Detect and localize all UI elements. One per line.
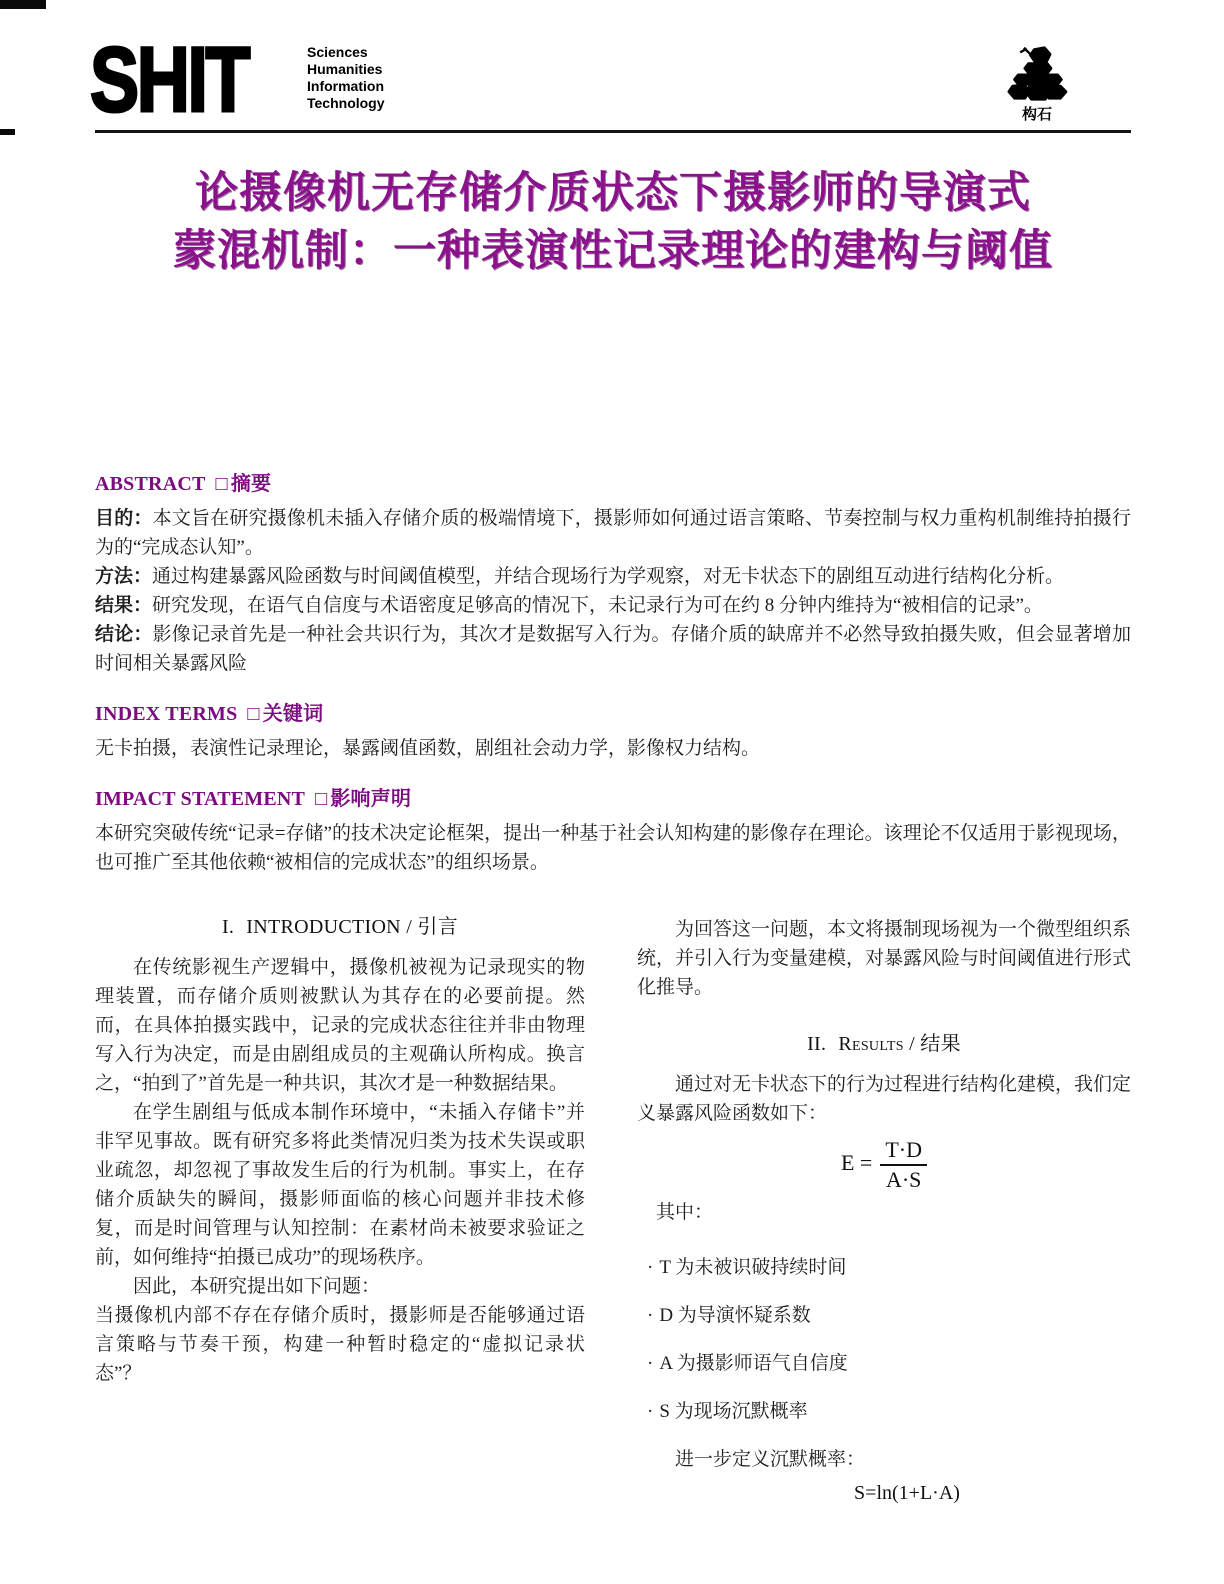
- results-heading: II.Results / 结果: [637, 1032, 1131, 1056]
- paper-title-line1: 论摄像机无存储介质状态下摄影师的导演式: [95, 165, 1131, 223]
- journal-logo-subtitle: Sciences Humanities Information Technolo…: [307, 44, 385, 112]
- intro-paragraph: 在学生剧组与低成本制作环境中，“未插入存储卡”并非罕见事故。既有研究多将此类情况…: [95, 1098, 585, 1272]
- section-numeral: II.: [807, 1033, 826, 1055]
- silence-probability-formula: S=ln(1+L·A): [757, 1482, 1057, 1505]
- journal-logo: SHIT: [90, 34, 248, 126]
- exposure-risk-formula: E =T·DA·S: [637, 1138, 1131, 1192]
- bullet-marker: ·: [647, 1353, 653, 1374]
- two-column-body: I.INTRODUCTION / 引言 在传统影视生产逻辑中，摄像机被视为记录现…: [95, 915, 1131, 1505]
- impact-statement-heading: IMPACT STATEMENT□影响声明: [95, 787, 1131, 811]
- bullet-marker: ·: [647, 1305, 653, 1326]
- abstract-text: 本文旨在研究摄像机未插入存储介质的极端情境下，摄影师如何通过语言策略、节奏控制与…: [95, 508, 1131, 558]
- missing-glyph-box: □: [216, 473, 228, 495]
- abstract-item-result: 结果：研究发现，在语气自信度与术语密度足够高的情况下，未记录行为可在约 8 分钟…: [95, 591, 1131, 620]
- intro-paragraph: 因此，本研究提出如下问题：: [95, 1272, 585, 1301]
- abstract-label: 方法：: [95, 566, 152, 587]
- section-title-en: Results: [838, 1033, 904, 1055]
- missing-glyph-box: □: [247, 703, 259, 725]
- abstract-item-method: 方法：通过构建暴露风险函数与时间阈值模型，并结合现场行为学观察，对无卡状态下的剧…: [95, 562, 1131, 591]
- abstract-heading-zh: 摘要: [231, 473, 271, 495]
- index-terms-heading-zh: 关键词: [263, 703, 324, 725]
- left-column: I.INTRODUCTION / 引言 在传统影视生产逻辑中，摄像机被视为记录现…: [95, 915, 585, 1388]
- right-column: 为回答这一问题，本文将摄制现场视为一个微型组织系统，并引入行为变量建模，对暴露风…: [637, 915, 1131, 1505]
- abstract-text: 影像记录首先是一种社会共识行为，其次才是数据写入行为。存储介质的缺席并不必然导致…: [95, 624, 1131, 674]
- impact-heading-en: IMPACT STATEMENT: [95, 788, 305, 810]
- paper-title-line2: 蒙混机制：一种表演性记录理论的建构与阈值: [95, 223, 1131, 281]
- section-title-zh: / 引言: [406, 916, 458, 938]
- index-terms-heading: INDEX TERMS□关键词: [95, 702, 1131, 726]
- abstract-label: 目的：: [95, 508, 153, 529]
- abstract-label: 结果：: [95, 595, 152, 616]
- index-terms-heading-en: INDEX TERMS: [95, 703, 237, 725]
- variable-definition: ·A 为摄影师语气自信度: [647, 1349, 1131, 1378]
- abstract-heading-en: ABSTRACT: [95, 473, 206, 495]
- abstract-text: 通过构建暴露风险函数与时间阈值模型，并结合现场行为学观察，对无卡状态下的剧组互动…: [152, 566, 1064, 587]
- stone-pile-icon: [995, 44, 1079, 102]
- index-terms-text: 无卡拍摄，表演性记录理论，暴露阈值函数，剧组社会动力学，影像权力结构。: [95, 734, 1131, 763]
- scan-artifact: [0, 0, 46, 9]
- variable-text: T 为未被识破持续时间: [659, 1257, 846, 1278]
- abstract-item-purpose: 目的：本文旨在研究摄像机未插入存储介质的极端情境下，摄影师如何通过语言策略、节奏…: [95, 504, 1131, 562]
- variable-text: A 为摄影师语气自信度: [659, 1353, 847, 1374]
- abstract-text: 研究发现，在语气自信度与术语密度足够高的情况下，未记录行为可在约 8 分钟内维持…: [152, 595, 1043, 616]
- formula-fraction: T·DA·S: [880, 1138, 927, 1192]
- formula-denominator: A·S: [880, 1164, 927, 1192]
- impact-heading-zh: 影响声明: [330, 788, 411, 810]
- intro-paragraph: 在传统影视生产逻辑中，摄像机被视为记录现实的物理装置，而存储介质则被默认为其存在…: [95, 953, 585, 1098]
- variable-definition: ·T 为未被识破持续时间: [647, 1253, 1131, 1282]
- variable-text: S 为现场沉默概率: [659, 1401, 807, 1422]
- formula-numerator: T·D: [880, 1138, 927, 1164]
- section-title-en: INTRODUCTION: [246, 916, 401, 938]
- section-numeral: I.: [222, 916, 234, 938]
- impact-statement-text: 本研究突破传统“记录=存储”的技术决定论框架，提出一种基于社会认知构建的影像存在…: [95, 819, 1131, 877]
- abstract-heading: ABSTRACT□摘要: [95, 472, 1131, 496]
- publisher-seal: 构石: [995, 44, 1079, 124]
- section-title-zh: / 结果: [909, 1033, 961, 1055]
- variable-definition: ·S 为现场沉默概率: [647, 1397, 1131, 1426]
- subtitle-line: Technology: [307, 95, 385, 112]
- paper-page: SHIT Sciences Humanities Information Tec…: [0, 0, 1224, 1584]
- abstract-label: 结论：: [95, 624, 153, 645]
- silence-probability-label: 进一步定义沉默概率：: [637, 1445, 1131, 1474]
- paper-title: 论摄像机无存储介质状态下摄影师的导演式 蒙混机制：一种表演性记录理论的建构与阈值: [95, 165, 1131, 281]
- bullet-marker: ·: [647, 1401, 653, 1422]
- method-paragraph: 为回答这一问题，本文将摄制现场视为一个微型组织系统，并引入行为变量建模，对暴露风…: [637, 915, 1131, 1002]
- scan-artifact: [0, 129, 15, 135]
- subtitle-line: Sciences: [307, 44, 385, 61]
- subtitle-line: Humanities: [307, 61, 385, 78]
- bullet-marker: ·: [647, 1257, 653, 1278]
- abstract-item-conclusion: 结论：影像记录首先是一种社会共识行为，其次才是数据写入行为。存储介质的缺席并不必…: [95, 620, 1131, 678]
- introduction-heading: I.INTRODUCTION / 引言: [95, 915, 585, 939]
- missing-glyph-box: □: [315, 788, 327, 810]
- header-rule: [95, 130, 1131, 133]
- research-question: 当摄像机内部不存在存储介质时，摄影师是否能够通过语言策略与节奏干预，构建一种暂时…: [95, 1301, 585, 1388]
- variable-definition: ·D 为导演怀疑系数: [647, 1301, 1131, 1330]
- subtitle-line: Information: [307, 78, 385, 95]
- formula-lhs: E =: [841, 1150, 872, 1175]
- results-paragraph: 通过对无卡状态下的行为过程进行结构化建模，我们定义暴露风险函数如下：: [637, 1070, 1131, 1128]
- where-label: 其中：: [637, 1198, 1131, 1227]
- variable-text: D 为导演怀疑系数: [659, 1305, 810, 1326]
- front-matter: ABSTRACT□摘要 目的：本文旨在研究摄像机未插入存储介质的极端情境下，摄影…: [95, 472, 1131, 1505]
- seal-label: 构石: [995, 103, 1079, 124]
